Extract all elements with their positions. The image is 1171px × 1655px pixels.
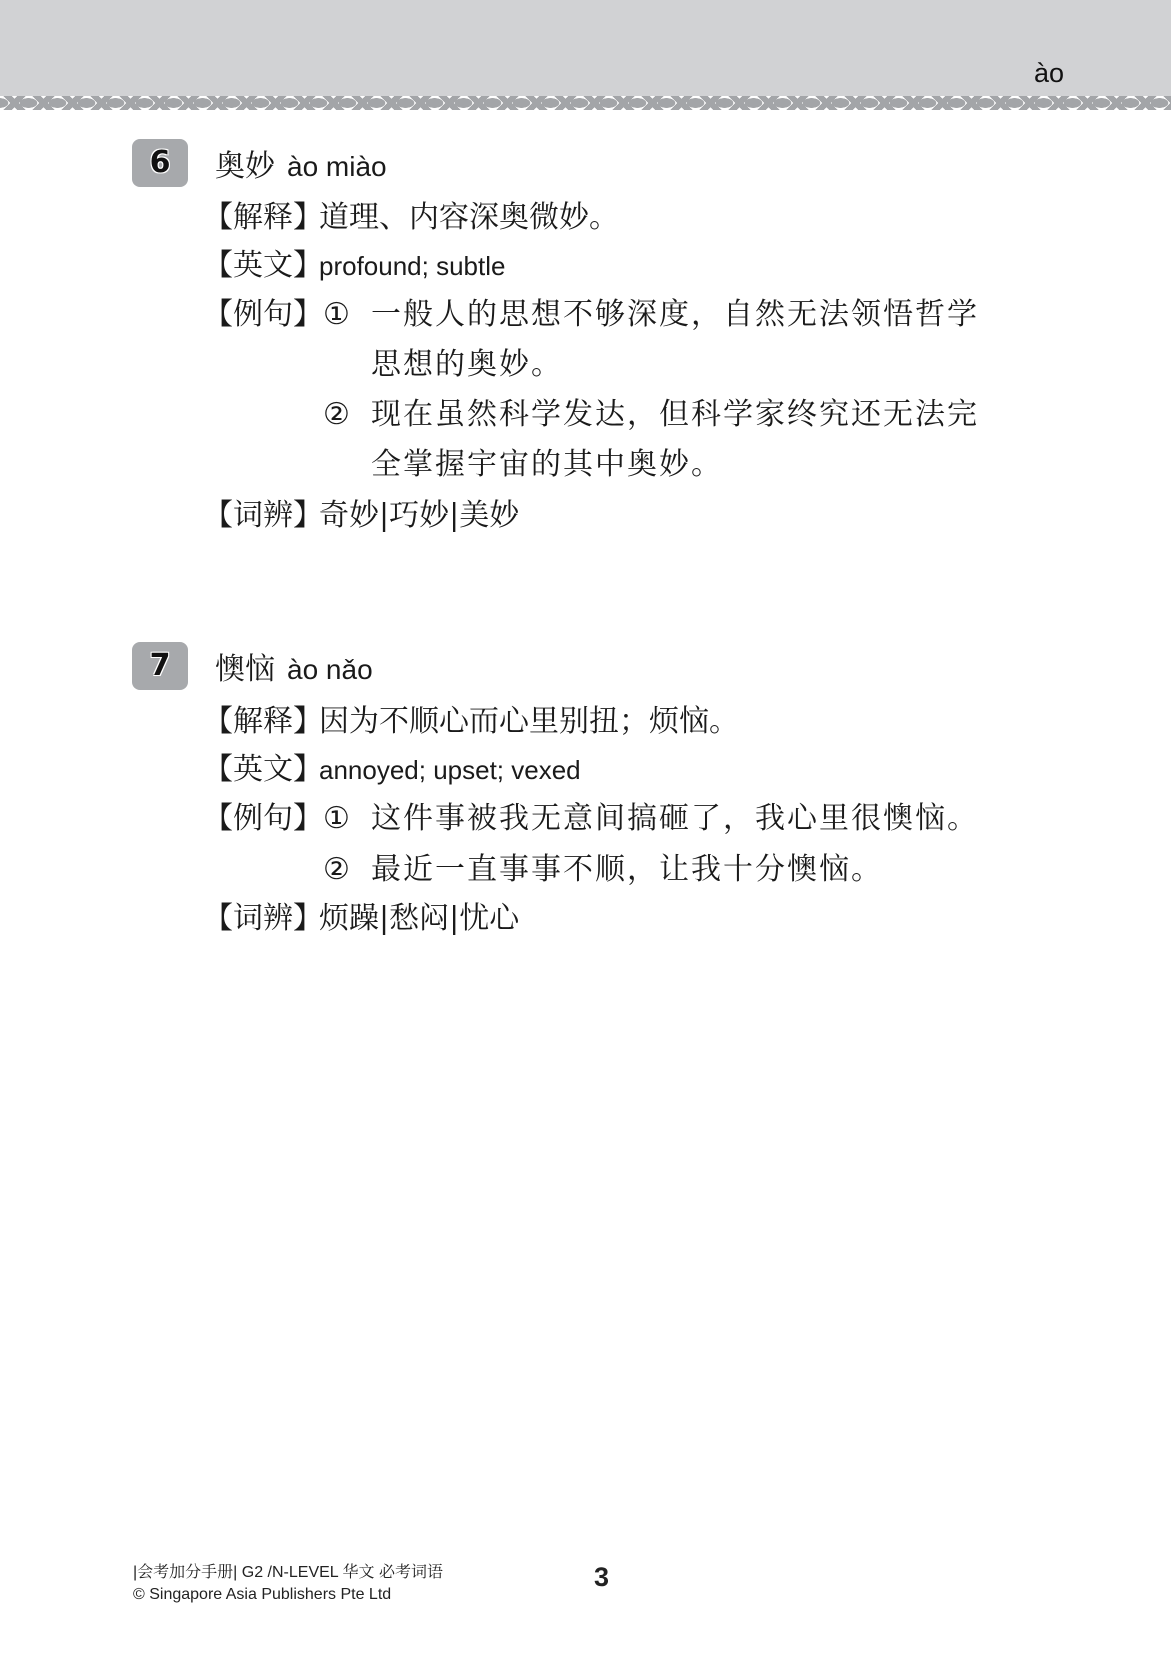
- explanation-label: 【解释】: [203, 704, 319, 740]
- distinction-label: 【词辨】: [203, 498, 319, 534]
- page-footer: |会考加分手册| G2 /N-LEVEL 华文 必考词语 © Singapore…: [133, 1562, 443, 1606]
- examples-label: 【例句】: [203, 297, 319, 333]
- english-text: annoyed; upset; vexed: [319, 755, 581, 785]
- english-row: 【英文】annoyed; upset; vexed: [203, 752, 581, 788]
- example-text: 一般人的思想不够深度，自然无法领悟哲学: [371, 297, 979, 332]
- english-text: profound; subtle: [319, 251, 505, 281]
- distinction-text: 奇妙|巧妙|美妙: [319, 498, 519, 533]
- english-row: 【英文】profound; subtle: [203, 248, 505, 284]
- example-marker: ②: [323, 397, 371, 433]
- explanation-label: 【解释】: [203, 200, 319, 236]
- example-2-continuation: 全掌握宇宙的其中奥妙。: [371, 447, 723, 483]
- example-marker: ②: [323, 852, 371, 888]
- example-text: 最近一直事事不顺，让我十分懊恼。: [371, 852, 883, 887]
- entry-heading: 奥妙ào miào: [215, 141, 387, 185]
- entry-heading: 懊恼ào nǎo: [215, 644, 373, 688]
- distinction-text: 烦躁|愁闷|忧心: [319, 901, 519, 936]
- entry-pinyin: ào miào: [287, 151, 387, 182]
- examples-label-row: 【例句】: [203, 297, 319, 333]
- decorative-border: [0, 96, 1171, 110]
- page-header: ào: [0, 0, 1171, 96]
- example-2: ②最近一直事事不顺，让我十分懊恼。: [323, 852, 883, 888]
- example-text: 现在虽然科学发达，但科学家终究还无法完: [371, 397, 979, 432]
- example-marker: ①: [323, 297, 371, 333]
- page-number: 3: [594, 1562, 609, 1593]
- examples-label-row: 【例句】: [203, 801, 319, 837]
- copyright: © Singapore Asia Publishers Pte Ltd: [133, 1584, 443, 1606]
- distinction-row: 【词辨】烦躁|愁闷|忧心: [203, 901, 519, 937]
- distinction-label: 【词辨】: [203, 901, 319, 937]
- entry-number-badge: 7: [132, 642, 188, 690]
- distinction-row: 【词辨】奇妙|巧妙|美妙: [203, 498, 519, 534]
- entry-word: 奥妙: [215, 149, 275, 184]
- book-title: |会考加分手册| G2 /N-LEVEL 华文 必考词语: [133, 1562, 443, 1584]
- section-pinyin: ào: [1034, 58, 1064, 89]
- example-1: ①这件事被我无意间搞砸了，我心里很懊恼。: [323, 801, 979, 837]
- example-2: ②现在虽然科学发达，但科学家终究还无法完: [323, 397, 979, 433]
- example-text: 这件事被我无意间搞砸了，我心里很懊恼。: [371, 801, 979, 836]
- examples-label: 【例句】: [203, 801, 319, 837]
- example-marker: ①: [323, 801, 371, 837]
- english-label: 【英文】: [203, 752, 319, 788]
- explanation-text: 因为不顺心而心里别扭；烦恼。: [319, 704, 739, 739]
- example-1: ①一般人的思想不够深度，自然无法领悟哲学: [323, 297, 979, 333]
- entry-word: 懊恼: [215, 652, 275, 687]
- entry-pinyin: ào nǎo: [287, 654, 373, 685]
- english-label: 【英文】: [203, 248, 319, 284]
- explanation-row: 【解释】道理、内容深奥微妙。: [203, 200, 619, 236]
- example-1-continuation: 思想的奥妙。: [371, 347, 563, 383]
- explanation-text: 道理、内容深奥微妙。: [319, 200, 619, 235]
- explanation-row: 【解释】因为不顺心而心里别扭；烦恼。: [203, 704, 739, 740]
- entry-number-badge: 6: [132, 139, 188, 187]
